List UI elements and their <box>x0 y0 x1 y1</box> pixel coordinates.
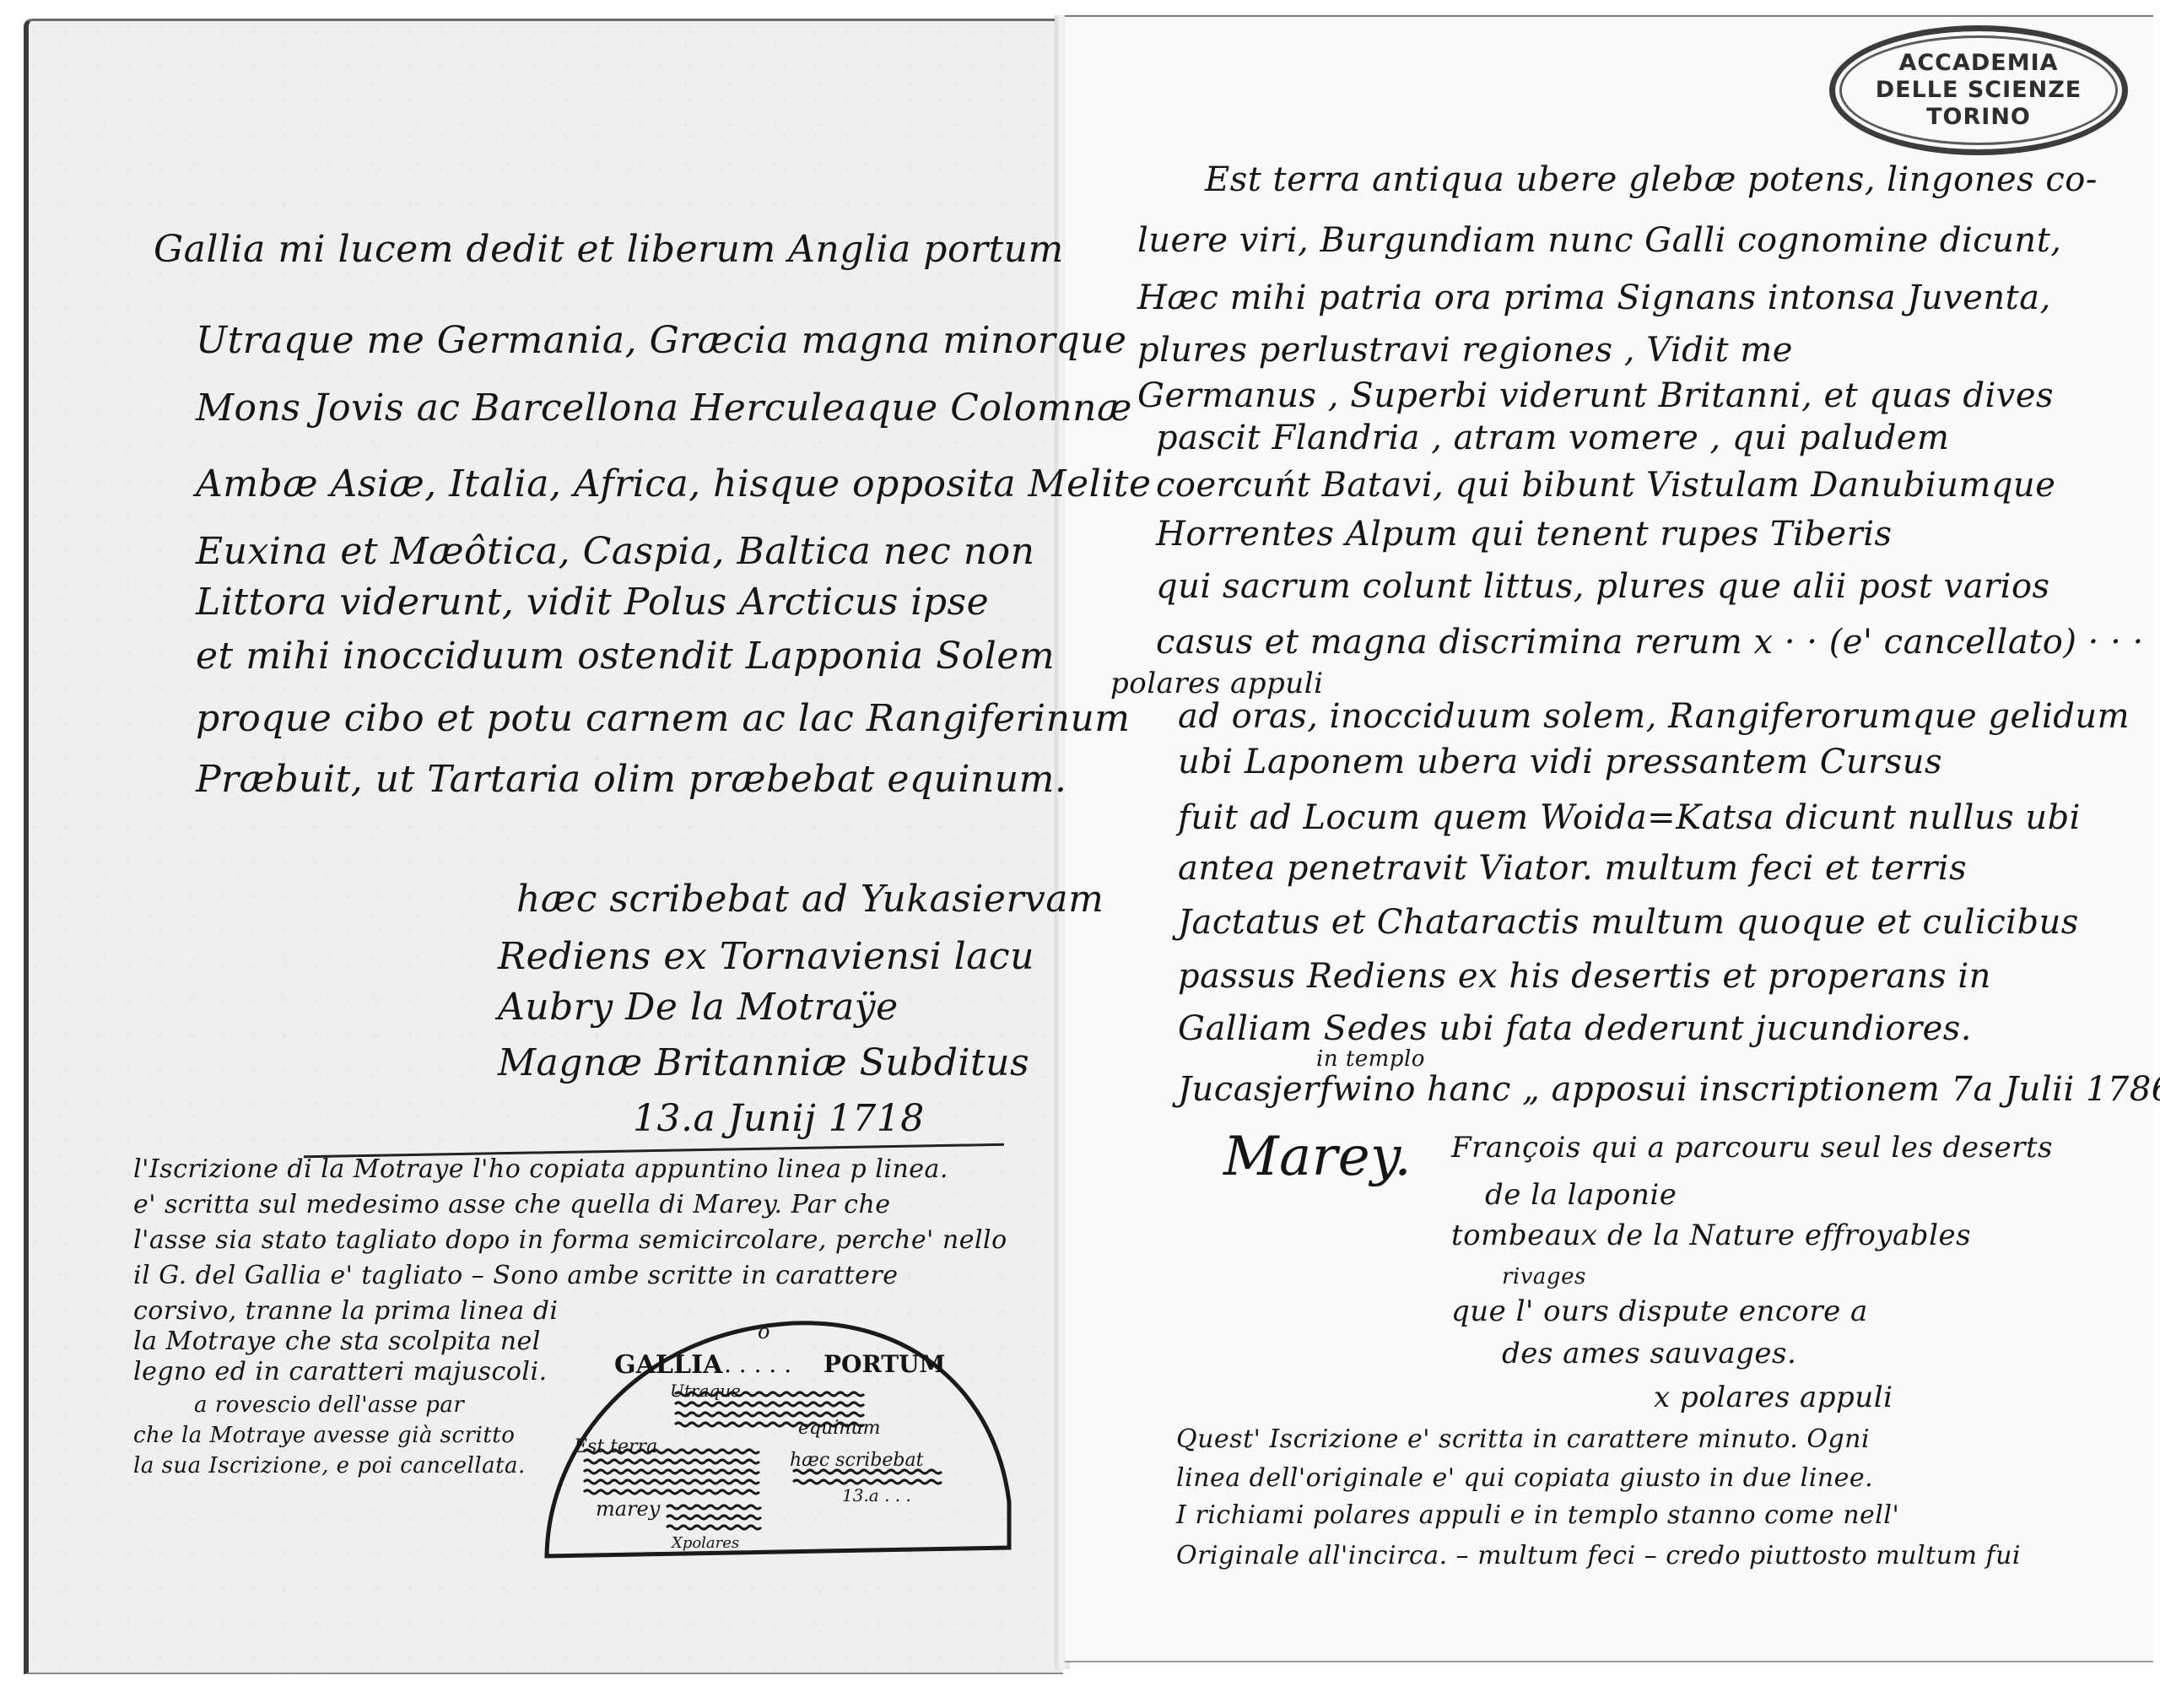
diagram-label-est-terra: Est terra <box>574 1436 657 1457</box>
stamp-line: DELLE SCIENZE <box>1876 77 2082 104</box>
diagram-title-right: PORTUM <box>823 1350 945 1378</box>
inscription-line: Germanus , Superbi viderunt Britanni, et… <box>1137 376 2054 415</box>
diagram-top-mark: o <box>758 1320 769 1343</box>
commentary-line: corsivo, tranne la prima linea di <box>133 1296 559 1326</box>
inscription-line: passus Rediens ex his desertis et proper… <box>1178 957 1991 996</box>
inscription-line: Est terra antiqua ubere glebæ potens, li… <box>1205 160 2098 199</box>
inscription-line: qui sacrum colunt littus, plures que ali… <box>1156 567 2050 606</box>
commentary-line: che la Motraye avesse già scritto <box>133 1423 515 1448</box>
commentary-line: I richiami polares appuli e in templo st… <box>1176 1500 1899 1530</box>
inscription-line: Mons Jovis ac Barcellona Herculeaque Col… <box>196 386 1132 430</box>
marey-signature: Marey. <box>1223 1126 1412 1188</box>
inscription-line: Ambæ Asiæ, Italia, Africa, hisque opposi… <box>196 462 1152 505</box>
french-line: rivages <box>1502 1264 1586 1289</box>
inscription-line: Utraque me Germania, Græcia magna minorq… <box>196 319 1126 362</box>
signature-line: Magnæ Britanniæ Subditus <box>498 1041 1029 1084</box>
diagram-label-equinum: equinum <box>798 1418 881 1439</box>
inscription-line: antea penetravit Viator. multum feci et … <box>1178 849 1967 888</box>
commentary-line: il G. del Gallia e' tagliato – Sono ambe… <box>133 1261 899 1290</box>
commentary-line: linea dell'originale e' qui copiata gius… <box>1176 1463 1873 1493</box>
stamp-line: ACCADEMIA <box>1898 50 2058 77</box>
inscription-line: Galliam Sedes ubi fata dederunt jucundio… <box>1178 1009 1972 1048</box>
inscription-line: proque cibo et potu carnem ac lac Rangif… <box>196 697 1131 740</box>
commentary-line: Quest' Iscrizione e' scritta in caratter… <box>1176 1424 1870 1454</box>
commentary-line: e' scritta sul medesimo asse che quella … <box>133 1190 891 1219</box>
diagram-label-polares: Xpolares <box>672 1534 739 1552</box>
inscription-line: Gallia mi lucem dedit et liberum Anglia … <box>154 228 1064 271</box>
diagram-title-dots: . . . . . <box>724 1350 791 1378</box>
signature-line: Rediens ex Tornaviensi lacu <box>498 935 1034 978</box>
diagram-label-marey: marey <box>596 1497 660 1521</box>
diagram-label-utraque: Utraque <box>670 1381 741 1401</box>
inscription-line: coercuńt Batavi, qui bibunt Vistulam Dan… <box>1156 466 2055 505</box>
french-line: François qui a parcouru seul les deserts <box>1451 1131 2053 1165</box>
insert-above: in templo <box>1316 1046 1425 1072</box>
inscription-line: ad oras, inocciduum solem, Rangiferorumq… <box>1178 697 2130 736</box>
inscription-line: casus et magna discrimina rerum x · · (e… <box>1156 623 2144 662</box>
french-line: tombeaux de la Nature effroyables <box>1451 1219 1971 1252</box>
french-line: de la laponie <box>1485 1178 1677 1212</box>
inscription-line: pascit Flandria , atram vomere , qui pal… <box>1156 419 1949 457</box>
board-sketch-diagram: o GALLIA . . . . . PORTUM Utraque equinu… <box>540 1316 1012 1570</box>
right-manuscript-page <box>1065 15 2153 1662</box>
diagram-title-left: GALLIA <box>614 1350 722 1380</box>
date-line: Jucasjerfwino hanc „ apposui inscription… <box>1178 1070 2160 1109</box>
inscription-line: et mihi inocciduum ostendit Lapponia Sol… <box>196 635 1055 678</box>
inscription-line: fuit ad Locum quem Woida=Katsa dicunt nu… <box>1178 798 2081 837</box>
commentary-line: Originale all'incirca. – multum feci – c… <box>1176 1541 2021 1570</box>
signature-line: hæc scribebat ad Yukasiervam <box>516 878 1104 921</box>
inscription-line: Euxina et Mæôtica, Caspia, Baltica nec n… <box>196 530 1034 573</box>
french-line: que l' ours dispute encore a <box>1451 1295 1868 1328</box>
commentary-line: legno ed in caratteri majuscoli. <box>133 1357 548 1386</box>
commentary-line: la Motraye che sta scolpita nel <box>133 1327 541 1356</box>
inscription-line: Littora viderunt, vidit Polus Arcticus i… <box>196 581 989 624</box>
signature-line: Aubry De la Motraÿe <box>498 986 899 1029</box>
library-stamp: ACCADEMIA DELLE SCIENZE TORINO <box>1829 25 2128 155</box>
footnote-marker: x polares appuli <box>1654 1381 1893 1414</box>
commentary-line: la sua Iscrizione, e poi cancellata. <box>133 1453 526 1478</box>
commentary-line: l'asse sia stato tagliato dopo in forma … <box>133 1225 1007 1255</box>
stamp-line: TORINO <box>1926 104 2031 131</box>
inscription-line: Præbuit, ut Tartaria olim præbebat equin… <box>196 758 1066 801</box>
inscription-line: Hæc mihi patria ora prima Signans intons… <box>1137 278 2051 317</box>
commentary-line: l'Iscrizione di la Motraye l'ho copiata … <box>133 1154 948 1184</box>
commentary-line: a rovescio dell'asse par <box>194 1392 464 1418</box>
diagram-label-haec-scribebat: hæc scribebat <box>790 1450 923 1471</box>
inscription-line: plures perlustravi regiones , Vidit me <box>1137 331 1793 370</box>
inscription-line: luere viri, Burgundiam nunc Galli cognom… <box>1137 221 2061 260</box>
inscription-line: Jactatus et Chataractis multum quoque et… <box>1178 903 2079 942</box>
inscription-line: Horrentes Alpum qui tenent rupes Tiberis <box>1156 515 1893 554</box>
signature-date: 13.a Junij 1718 <box>633 1097 925 1140</box>
diagram-label-date: 13.a . . . <box>842 1485 911 1505</box>
french-line: des ames sauvages. <box>1502 1337 1796 1370</box>
margin-insert: polares appuli <box>1110 667 1323 700</box>
inscription-line: ubi Laponem ubera vidi pressantem Cursus <box>1178 743 1942 781</box>
